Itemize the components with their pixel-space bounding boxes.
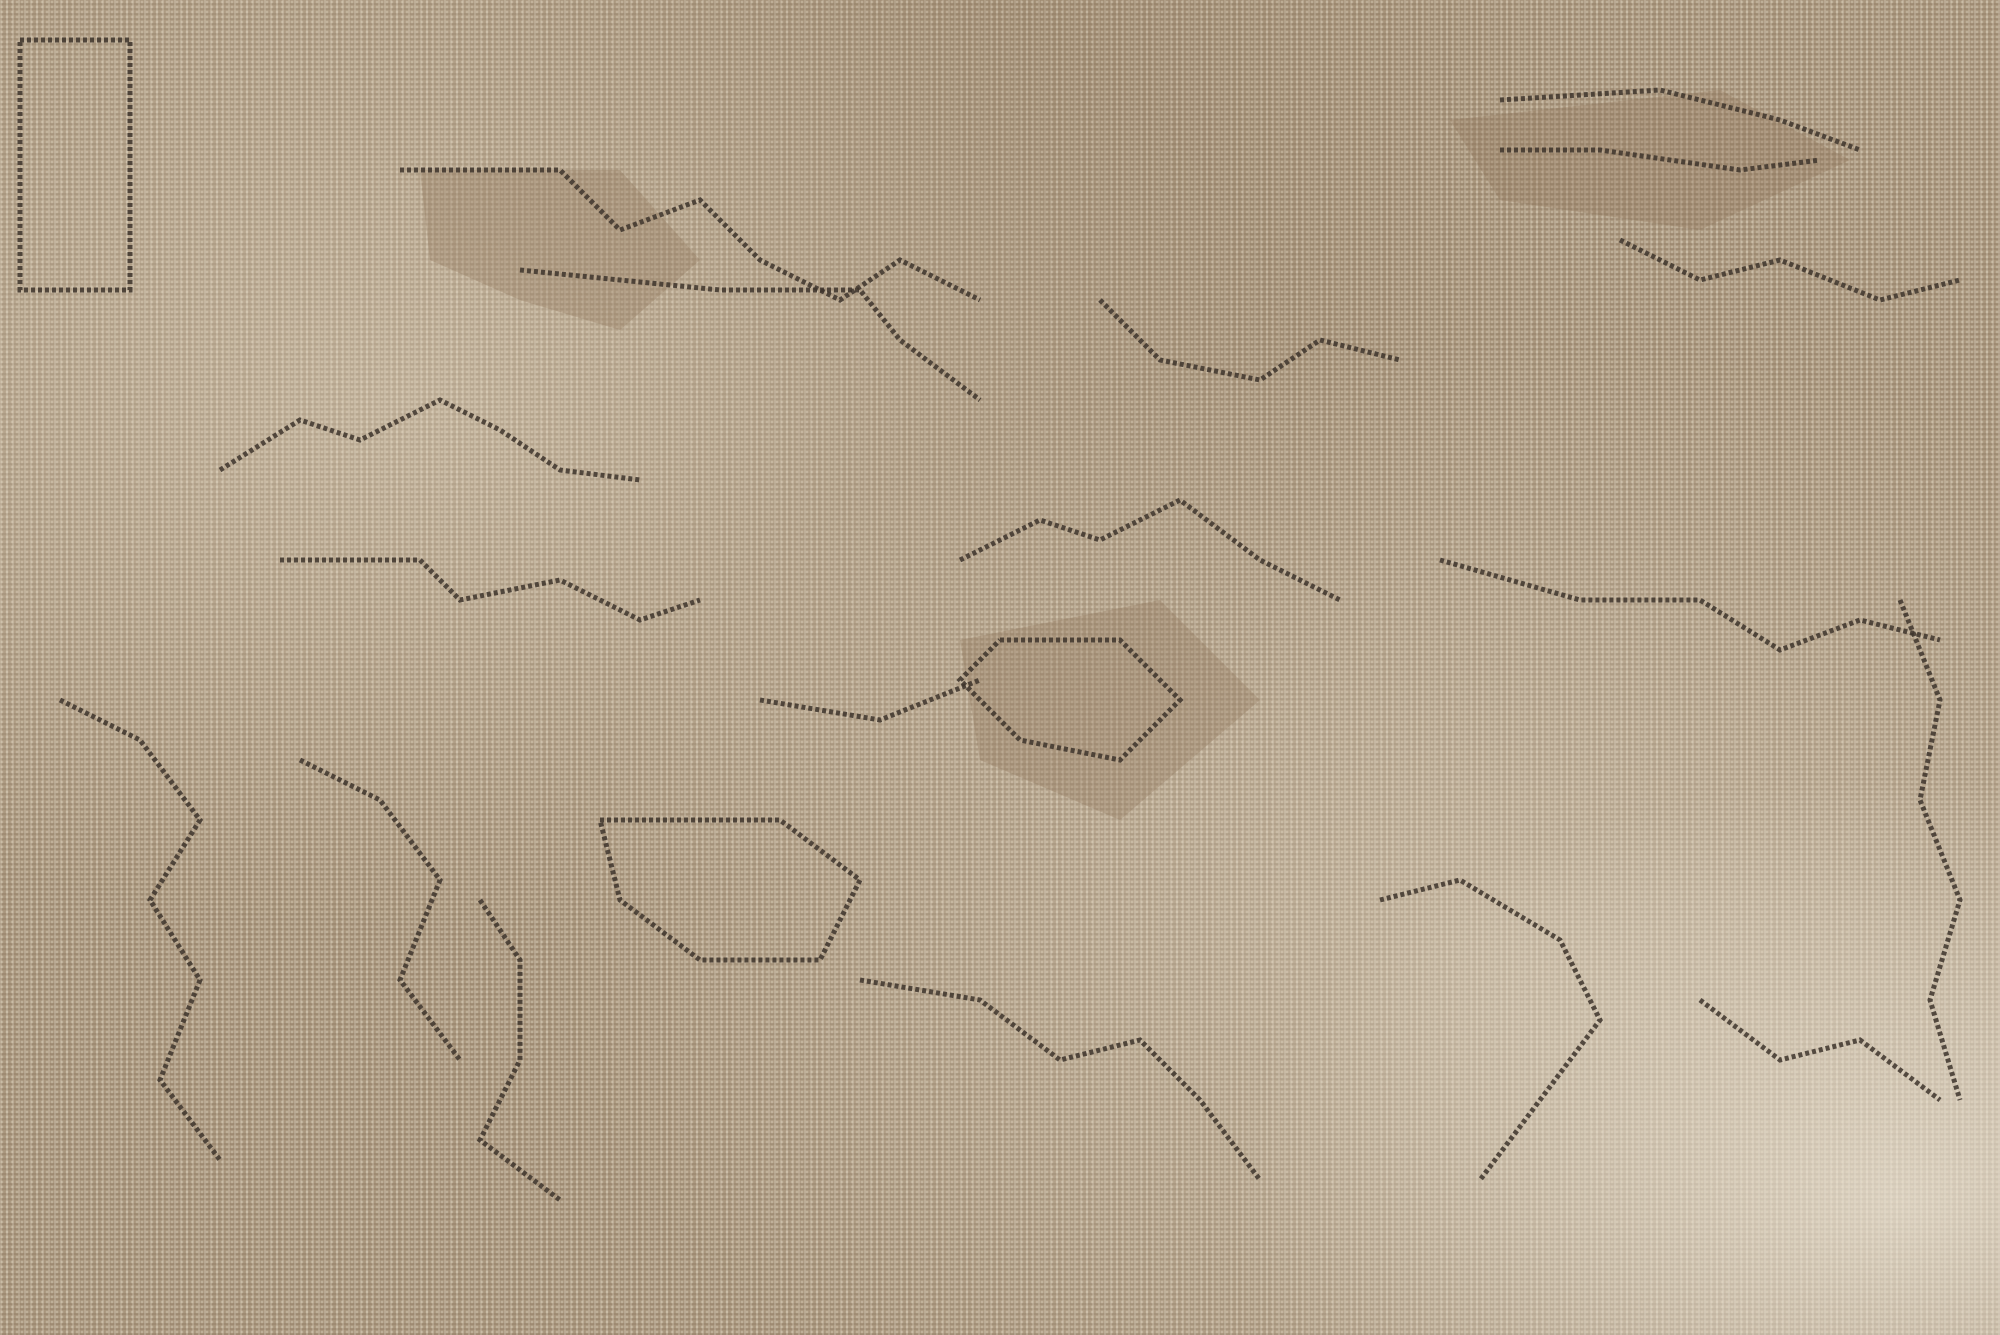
rug-motif-outlines [0,0,2000,1335]
rug-texture-photo [0,0,2000,1335]
